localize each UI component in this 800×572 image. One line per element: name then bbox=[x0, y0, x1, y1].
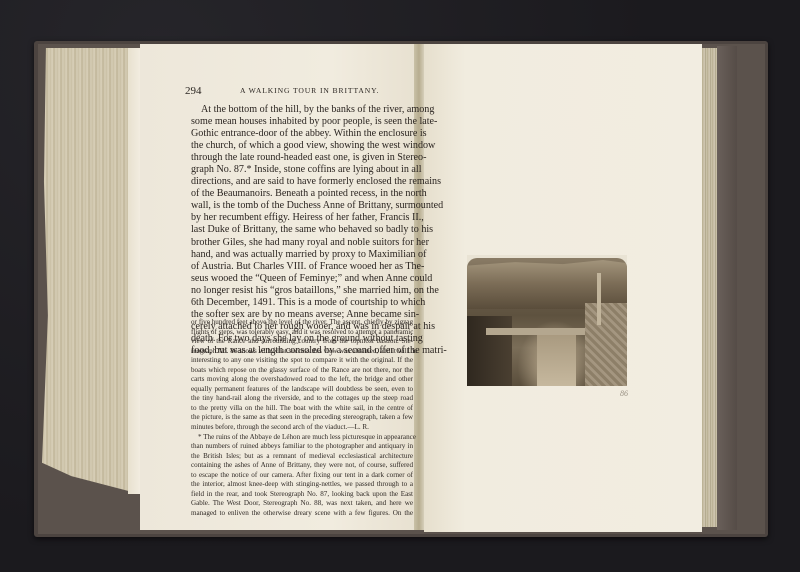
footnote-line: the tiny hand-rail along the riverside, … bbox=[191, 394, 413, 404]
footnote-line: to escape the notice of our camera. Afte… bbox=[191, 471, 413, 481]
photo-town bbox=[585, 303, 627, 386]
photo-hills bbox=[467, 258, 627, 309]
footnote-line: the picture, is the same as that seen in… bbox=[191, 413, 413, 423]
page-number: 294 bbox=[185, 85, 202, 97]
photo-viaduct bbox=[486, 328, 598, 334]
footnote-line: reograph No. 86 shows with what success … bbox=[191, 347, 413, 357]
body-line: brother Giles, she had many royal and no… bbox=[191, 237, 413, 249]
footnote-line: the British Isles; but as a remnant of m… bbox=[191, 452, 413, 462]
body-line: some mean houses inhabited by poor peopl… bbox=[191, 116, 413, 128]
stereograph-photograph bbox=[467, 258, 627, 386]
footnote-line: or five hundred feet above the level of … bbox=[191, 318, 413, 328]
body-line: through the late round-headed east one, … bbox=[191, 152, 413, 164]
body-line: the church, of which a good view, showin… bbox=[191, 140, 413, 152]
body-line: directions, and are said to have formerl… bbox=[191, 176, 413, 188]
footnote-line: interesting to any one visiting the spot… bbox=[191, 356, 413, 366]
body-line: last Duke of Brittany, the same who beha… bbox=[191, 224, 413, 236]
photo-shadow bbox=[467, 316, 512, 386]
photo-tower bbox=[597, 273, 602, 324]
body-line: of the Beaumanoirs. Beneath a pointed re… bbox=[191, 188, 413, 200]
body-line: wall, is the tomb of the Duchess Anne of… bbox=[191, 200, 413, 212]
body-line: At the bottom of the hill, by the banks … bbox=[191, 104, 413, 116]
footnote-line: managed to enliven the otherwise dreary … bbox=[191, 509, 413, 519]
footnote-line: field in the rear, and took Stereograph … bbox=[191, 490, 413, 500]
body-line: no longer resist his “gros bataillons,” … bbox=[191, 285, 413, 297]
body-line: graph No. 87.* Inside, stone coffins are… bbox=[191, 164, 413, 176]
body-line: by her recumbent effigy. Heiress of her … bbox=[191, 212, 413, 224]
footnote-line: Gable. The West Door, Stereograph No. 88… bbox=[191, 499, 413, 509]
footnote-line: flights of steps, was tolerably easy, an… bbox=[191, 328, 413, 338]
body-line: of Austria. But Charles VIII. of France … bbox=[191, 261, 413, 273]
left-page-block-edges bbox=[42, 48, 140, 494]
footnote-line: to the pretty villa on the hill. The boa… bbox=[191, 404, 413, 414]
body-line: hand, and was actually married by proxy … bbox=[191, 249, 413, 261]
running-head-title: A WALKING TOUR IN BRITTANY. bbox=[240, 86, 379, 95]
footnote-line: carts moving along the overshadowed road… bbox=[191, 375, 413, 385]
footnote-line: equally permanent features of the landsc… bbox=[191, 385, 413, 395]
body-line: Gothic entrance-door of the abbey. Withi… bbox=[191, 128, 413, 140]
left-page-inner-edge bbox=[128, 48, 140, 494]
body-line: seus wooed the “Queen of Feminye;” and w… bbox=[191, 273, 413, 285]
running-head: 294 A WALKING TOUR IN BRITTANY. bbox=[185, 85, 415, 99]
footnote-line: containing the ashes of Anne of Brittany… bbox=[191, 461, 413, 471]
footnote-line: boats which repose on the glassy surface… bbox=[191, 366, 413, 376]
footnote-line: view of the Rance and surrounding countr… bbox=[191, 337, 413, 347]
footnote-line: than numbers of ruined abbeys familiar t… bbox=[191, 442, 413, 452]
body-line: 6th December, 1491. This is a mode of co… bbox=[191, 297, 413, 309]
right-page-block-edges bbox=[701, 48, 717, 527]
footnote-line: minutes before, through the second arch … bbox=[191, 423, 413, 433]
photo-river bbox=[537, 335, 575, 386]
pencil-mark: 86 bbox=[620, 389, 628, 398]
footnotes: or five hundred feet above the level of … bbox=[191, 318, 413, 518]
footnote-line: the interior, almost knee-deep with stin… bbox=[191, 480, 413, 490]
right-cover-edge bbox=[717, 46, 737, 530]
footnote-line: * The ruins of the Abbaye de Léhon are m… bbox=[191, 433, 413, 443]
